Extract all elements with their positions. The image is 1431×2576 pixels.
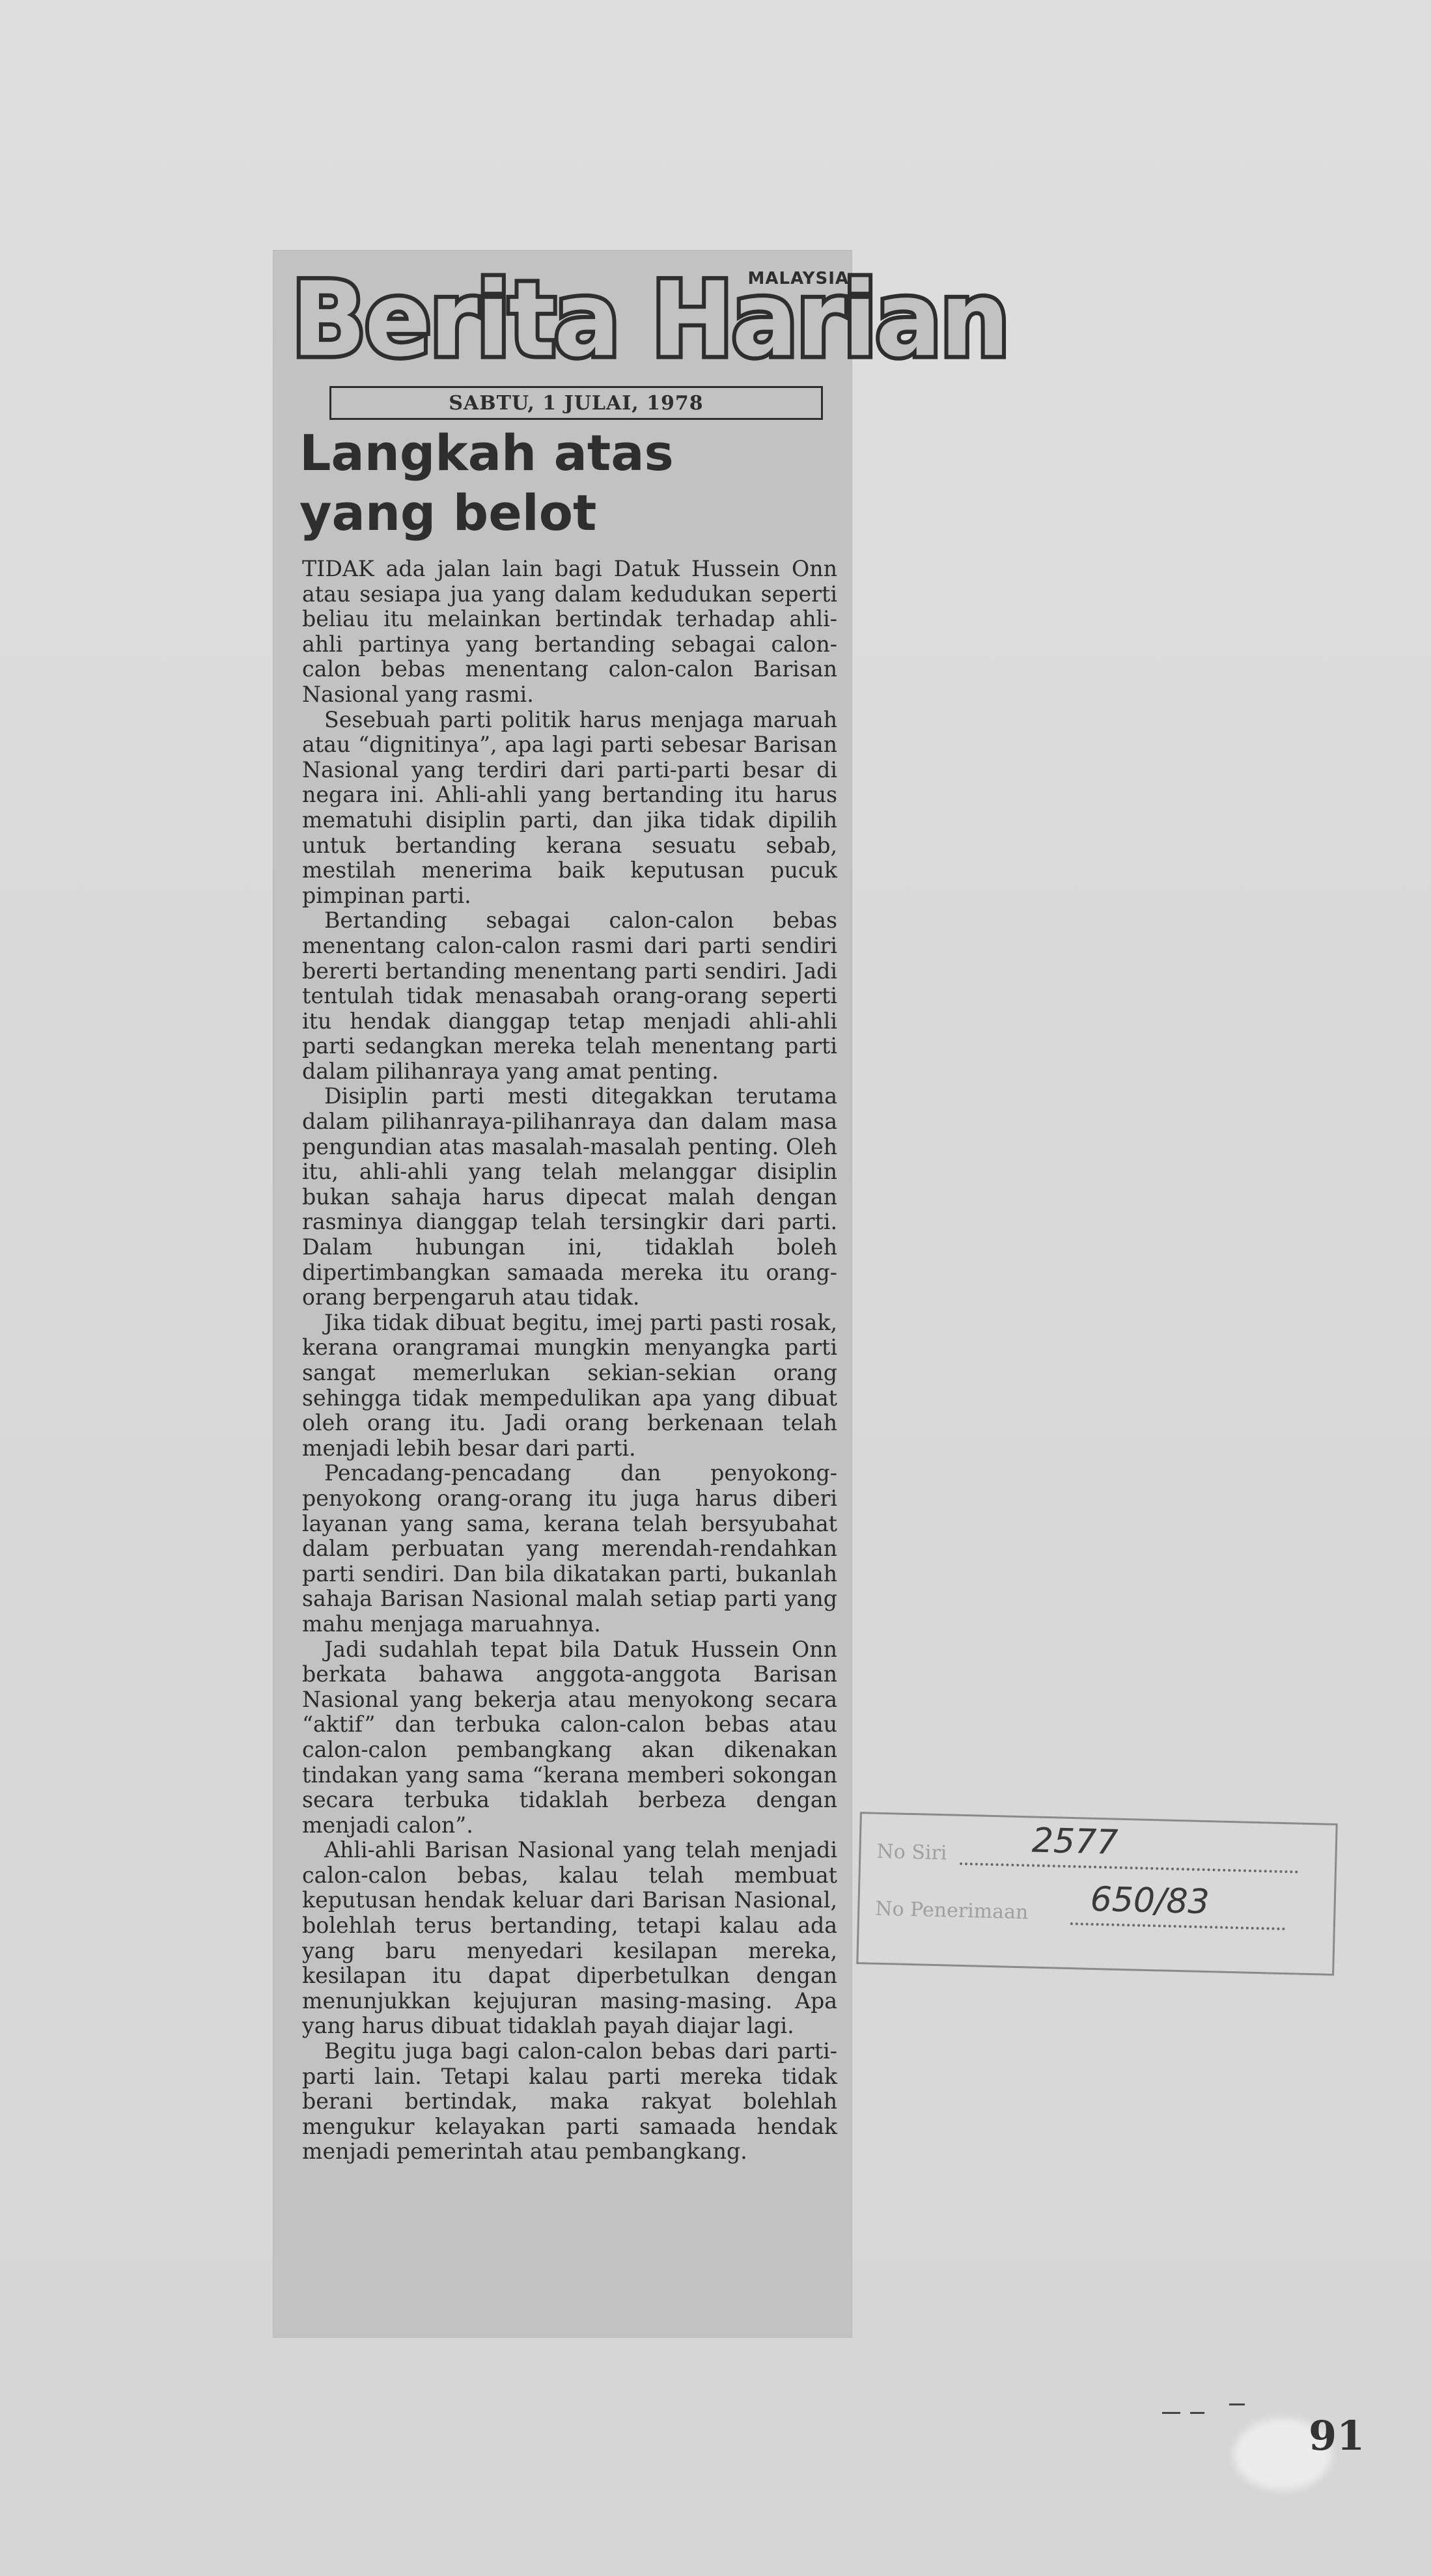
- paragraph: Begitu juga bagi calon-calon bebas dari …: [302, 2039, 837, 2165]
- dateline-text: SABTU, 1 JULAI, 1978: [449, 392, 703, 415]
- paragraph: Disiplin parti mesti ditegakkan terutama…: [302, 1084, 837, 1310]
- ink-mark: [1190, 2412, 1204, 2414]
- article-headline: Langkah atas yang belot: [299, 423, 833, 543]
- paragraph: Jika tidak dibuat begitu, imej parti pas…: [302, 1310, 837, 1461]
- receipt-number-row: No Penerimaan 650/83: [875, 1898, 1286, 1930]
- paragraph: Jadi sudahlah tepat bila Datuk Hussein O…: [302, 1637, 837, 1838]
- masthead: Berita Harian MALAYSIA: [288, 264, 849, 374]
- receipt-number-field: 650/83: [1070, 1903, 1286, 1930]
- page-number: 91: [1309, 2412, 1365, 2459]
- serial-number-field: 2577: [960, 1843, 1299, 1874]
- headline-line-2: yang belot: [299, 483, 833, 543]
- paragraph: Ahli-ahli Barisan Nasional yang telah me…: [302, 1838, 837, 2039]
- ink-mark: [1162, 2412, 1180, 2414]
- paragraph: Sesebuah parti politik harus menjaga mar…: [302, 708, 837, 909]
- newspaper-clipping: Berita Harian MALAYSIA SABTU, 1 JULAI, 1…: [273, 251, 852, 2337]
- paragraph: Pencadang-pencadang dan penyokong-penyok…: [302, 1461, 837, 1637]
- serial-number-row: No Siri 2577: [876, 1840, 1299, 1874]
- archive-stamp: No Siri 2577 No Penerimaan 650/83: [856, 1812, 1337, 1976]
- paragraph: TIDAK ada jalan lain bagi Datuk Hussein …: [302, 557, 837, 708]
- serial-number-value: 2577: [1031, 1821, 1118, 1863]
- paragraph: Bertanding sebagai calon-calon bebas men…: [302, 908, 837, 1084]
- article-body: TIDAK ada jalan lain bagi Datuk Hussein …: [302, 557, 837, 2165]
- headline-line-1: Langkah atas: [299, 423, 833, 483]
- serial-number-label: No Siri: [876, 1840, 960, 1865]
- receipt-number-label: No Penerimaan: [875, 1898, 1071, 1925]
- newspaper-country: MALAYSIA: [747, 269, 849, 288]
- ink-mark: [1229, 2403, 1245, 2405]
- dateline: SABTU, 1 JULAI, 1978: [329, 386, 823, 420]
- newspaper-name: Berita Harian: [292, 269, 1008, 372]
- receipt-number-value: 650/83: [1090, 1880, 1210, 1922]
